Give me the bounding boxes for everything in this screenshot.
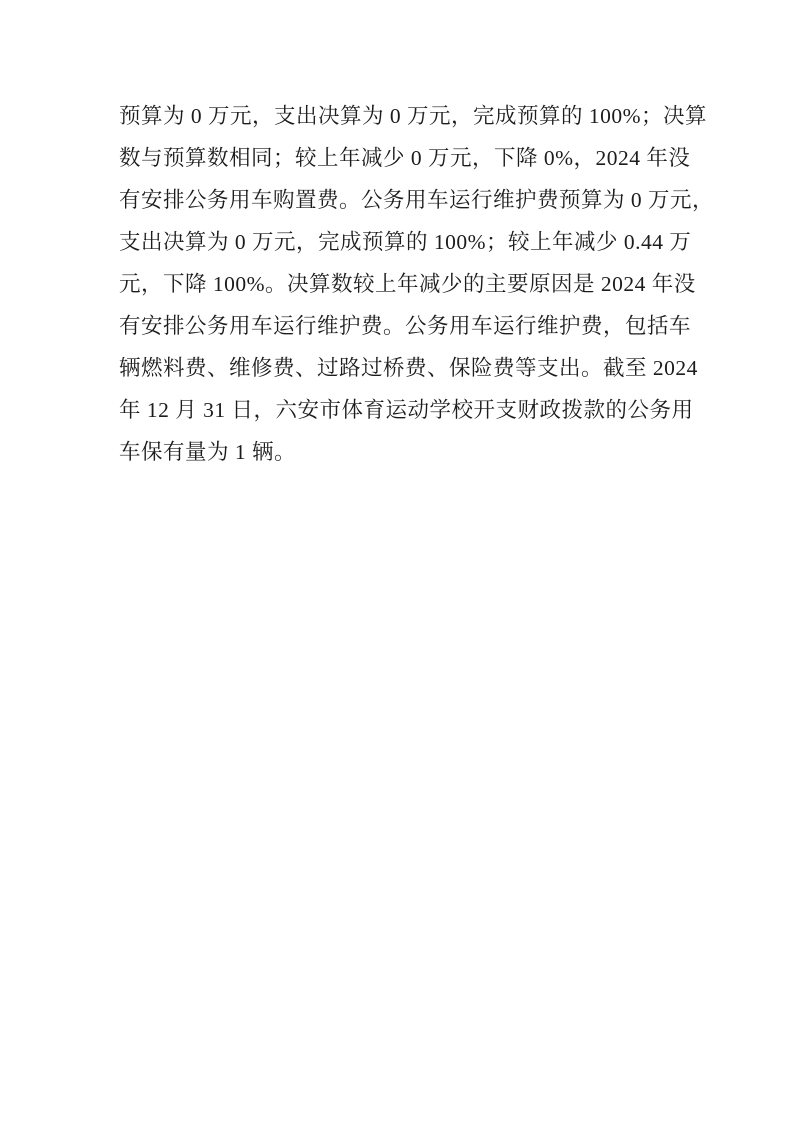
paragraph-line: 数与预算数相同；较上年减少 0 万元，下降 0%，2024 年没 <box>119 137 679 179</box>
paragraph-line: 有安排公务用车运行维护费。公务用车运行维护费，包括车 <box>119 305 679 347</box>
document-page: 预算为 0 万元，支出决算为 0 万元，完成预算的 100%；决算 数与预算数相… <box>0 0 793 1122</box>
paragraph-line: 车保有量为 1 辆。 <box>119 431 679 473</box>
paragraph-line: 辆燃料费、维修费、过路过桥费、保险费等支出。截至 2024 <box>119 347 679 389</box>
paragraph-line: 支出决算为 0 万元，完成预算的 100%；较上年减少 0.44 万 <box>119 221 679 263</box>
paragraph-line: 元，下降 100%。决算数较上年减少的主要原因是 2024 年没 <box>119 263 679 305</box>
paragraph-line: 年 12 月 31 日，六安市体育运动学校开支财政拨款的公务用 <box>119 389 679 431</box>
body-paragraph: 预算为 0 万元，支出决算为 0 万元，完成预算的 100%；决算 数与预算数相… <box>119 95 679 473</box>
paragraph-line: 预算为 0 万元，支出决算为 0 万元，完成预算的 100%；决算 <box>119 95 679 137</box>
paragraph-line: 有安排公务用车购置费。公务用车运行维护费预算为 0 万元， <box>119 179 679 221</box>
